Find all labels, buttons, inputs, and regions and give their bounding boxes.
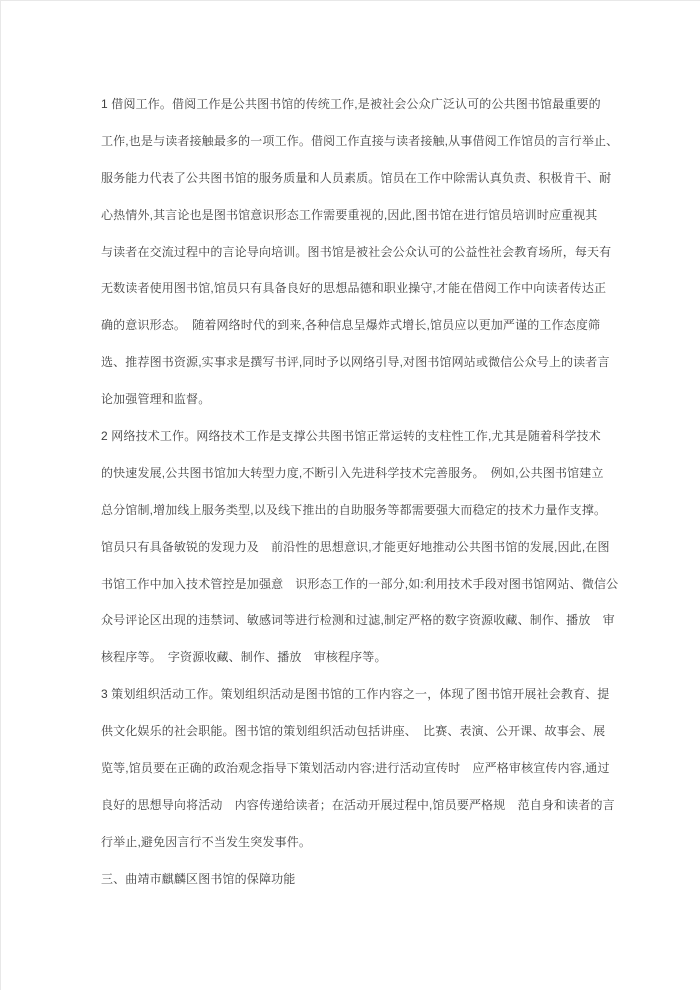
text-line: 三、曲靖市麒麟区图书馆的保障功能 — [101, 861, 604, 898]
text-line: 确的意识形态。 随着网络时代的到来,各种信息呈爆炸式增长,馆员应以更加严谨的工作… — [101, 307, 604, 344]
document-body: 1 借阅工作。借阅工作是公共图书馆的传统工作,是被社会公众广泛认可的公共图书馆最… — [1, 1, 700, 898]
text-line: 心热情外,其言论也是图书馆意识形态工作需要重视的,因此,图书馆在进行馆员培训时应… — [101, 197, 604, 234]
text-line: 览等,馆员要在正确的政治观念指导下策划活动内容;进行活动宣传时 应严格审核宣传内… — [101, 750, 604, 787]
text-line: 论加强管理和监督。 — [101, 381, 604, 418]
text-line: 供文化娱乐的社会职能。图书馆的策划组织活动包括讲座、 比赛、表演、公开课、故事会… — [101, 713, 604, 750]
text-line: 良好的思想导向将活动 内容传递给读者；在活动开展过程中,馆员要严格规 范自身和读… — [101, 787, 604, 824]
text-line: 的快速发展,公共图书馆加大转型力度,不断引入先进科学技术完善服务。 例如,公共图… — [101, 455, 604, 492]
document-page: 1 借阅工作。借阅工作是公共图书馆的传统工作,是被社会公众广泛认可的公共图书馆最… — [0, 0, 700, 990]
text-line: 3 策划组织活动工作。策划组织活动是图书馆的工作内容之一，体现了图书馆开展社会教… — [101, 676, 604, 713]
paragraph-1-borrowing-work: 1 借阅工作。借阅工作是公共图书馆的传统工作,是被社会公众广泛认可的公共图书馆最… — [101, 86, 604, 418]
text-line: 众号评论区出现的违禁词、敏感词等进行检测和过滤,制定严格的数字资源收藏、制作、播… — [101, 602, 604, 639]
text-line: 书馆工作中加入技术管控是加强意 识形态工作的一部分,如:利用技术手段对图书馆网站… — [101, 566, 604, 603]
text-line: 馆员只有具备敏锐的发现力及 前沿性的思想意识,才能更好地推动公共图书馆的发展,因… — [101, 529, 604, 566]
text-line: 2 网络技术工作。网络技术工作是支撑公共图书馆正常运转的支柱性工作,尤其是随着科… — [101, 418, 604, 455]
text-line: 选、推荐图书资源,实事求是撰写书评,同时予以网络引导,对图书馆网站或微信公众号上… — [101, 344, 604, 381]
text-line: 总分馆制,增加线上服务类型,以及线下推出的自助服务等都需要强大而稳定的技术力量作… — [101, 492, 604, 529]
paragraph-3-activity-planning-work: 3 策划组织活动工作。策划组织活动是图书馆的工作内容之一，体现了图书馆开展社会教… — [101, 676, 604, 860]
text-line: 服务能力代表了公共图书馆的服务质量和人员素质。馆员在工作中除需认真负责、积极肯干… — [101, 160, 604, 197]
paragraph-2-network-technology-work: 2 网络技术工作。网络技术工作是支撑公共图书馆正常运转的支柱性工作,尤其是随着科… — [101, 418, 604, 676]
text-line: 行举止,避免因言行不当发生突发事件。 — [101, 824, 604, 861]
section-heading-3: 三、曲靖市麒麟区图书馆的保障功能 — [101, 861, 604, 898]
text-line: 核程序等。 字资源收藏、制作、播放 审核程序等。 — [101, 639, 604, 676]
text-line: 与读者在交流过程中的言论导向培训。图书馆是被社会公众认可的公益性社会教育场所，每… — [101, 234, 604, 271]
text-line: 工作,也是与读者接触最多的一项工作。借阅工作直接与读者接触,从事借阅工作馆员的言… — [101, 123, 604, 160]
text-line: 1 借阅工作。借阅工作是公共图书馆的传统工作,是被社会公众广泛认可的公共图书馆最… — [101, 86, 604, 123]
text-line: 无数读者使用图书馆,馆员只有具备良好的思想品德和职业操守,才能在借阅工作中向读者… — [101, 270, 604, 307]
